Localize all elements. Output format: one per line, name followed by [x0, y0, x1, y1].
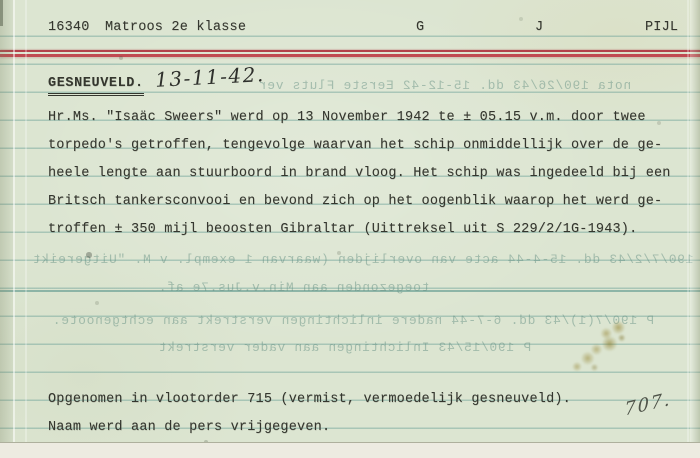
fold-crease — [687, 0, 689, 442]
scan-background — [0, 442, 700, 458]
initial-letter-j: J — [535, 20, 543, 35]
card-paper: nota 190/26/43 dd. 15-12-42 Eerste Fluts… — [0, 0, 700, 442]
status-label: GESNEUVELD. — [48, 76, 144, 96]
footer-line: Opgenomen in vlootorder 715 (vermist, ve… — [48, 392, 571, 407]
ghost-line: P 190/7/2/43 dd. 15-4-44 acte van overli… — [32, 252, 700, 267]
body-line: heele lengte aan stuurboord in brand vlo… — [48, 166, 671, 181]
body-line: Britsch tankersconvooi en bevond zich op… — [48, 194, 662, 209]
body-line: Hr.Ms. "Isaäc Sweers" werd op 13 Novembe… — [48, 110, 646, 125]
ghost-line: nota 190/26/43 dd. 15-12-42 Eerste Fluts… — [258, 78, 631, 93]
ghost-line: toegezonden aan Min.v.Jus.7e af. — [158, 280, 429, 295]
card-left-edge — [0, 0, 13, 442]
red-header-rule-top — [0, 50, 700, 52]
service-number: 16340 — [48, 20, 90, 35]
card-right-edge — [690, 0, 700, 442]
surname: PIJL — [645, 20, 678, 35]
fold-crease — [25, 0, 27, 442]
ghost-line: P 190/15/43 Inlichtingen aan vader verst… — [158, 340, 531, 355]
body-line: troffen ± 350 mijl beoosten Gibraltar (U… — [48, 222, 637, 237]
body-line: torpedo's getroffen, tengevolge waarvan … — [48, 138, 662, 153]
initial-letter-g: G — [416, 20, 424, 35]
fold-crease — [13, 0, 15, 442]
red-header-rule-bottom — [0, 54, 700, 57]
rank-label: Matroos 2e klasse — [105, 20, 246, 35]
scanned-record-card: nota 190/26/43 dd. 15-12-42 Eerste Fluts… — [0, 0, 700, 458]
ghost-line: P 190/7(1)/43 dd. 6-7-44 nadere inlichti… — [52, 313, 654, 328]
card-corner-notch — [0, 0, 3, 26]
footer-line: Naam werd aan de pers vrijgegeven. — [48, 420, 330, 435]
